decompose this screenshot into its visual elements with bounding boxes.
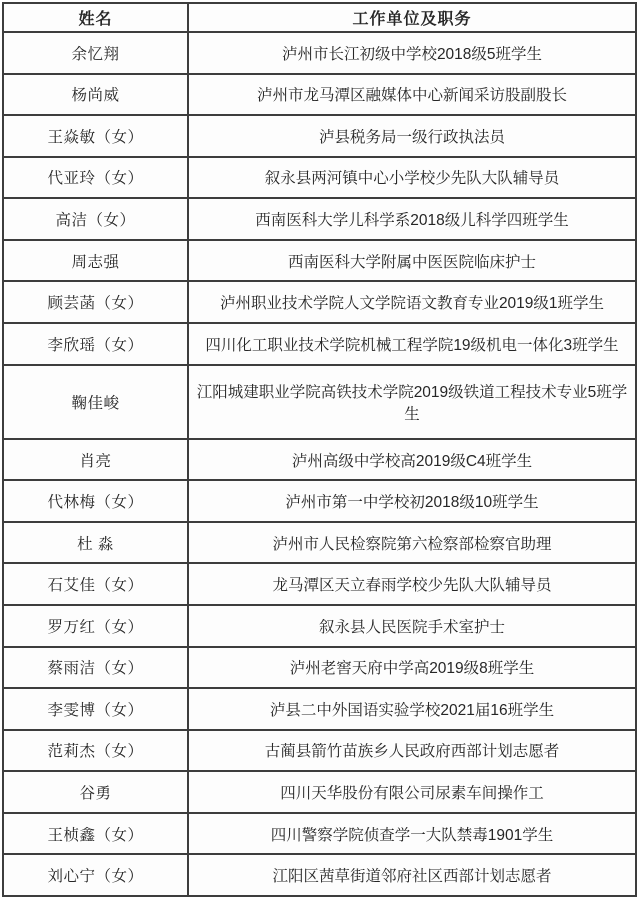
table-body: 余忆翔 泸州市长江初级中学校2018级5班学生 杨尚威 泸州市龙马潭区融媒体中心… bbox=[3, 32, 636, 896]
position-cell: 四川警察学院侦查学一大队禁毒1901学生 bbox=[188, 813, 636, 855]
name-cell: 李欣瑶（女） bbox=[3, 323, 188, 365]
header-row: 姓名 工作单位及职务 bbox=[3, 3, 636, 32]
name-cell: 杨尚威 bbox=[3, 74, 188, 116]
position-cell: 四川天华股份有限公司尿素车间操作工 bbox=[188, 771, 636, 813]
name-cell: 周志强 bbox=[3, 240, 188, 282]
name-cell: 王桢鑫（女） bbox=[3, 813, 188, 855]
table-row: 谷勇 四川天华股份有限公司尿素车间操作工 bbox=[3, 771, 636, 813]
name-cell: 代林梅（女） bbox=[3, 480, 188, 522]
position-cell: 泸州市龙马潭区融媒体中心新闻采访股副股长 bbox=[188, 74, 636, 116]
position-cell: 泸州市长江初级中学校2018级5班学生 bbox=[188, 32, 636, 74]
name-cell: 罗万红（女） bbox=[3, 605, 188, 647]
table-row: 鞠佳峻 江阳城建职业学院高铁技术学院2019级铁道工程技术专业5班学生 bbox=[3, 365, 636, 439]
table-row: 肖亮 泸州高级中学校高2019级C4班学生 bbox=[3, 439, 636, 481]
position-cell: 古蔺县箭竹苗族乡人民政府西部计划志愿者 bbox=[188, 730, 636, 772]
table-row: 李雯博（女） 泸县二中外国语实验学校2021届16班学生 bbox=[3, 688, 636, 730]
name-cell: 顾芸菡（女） bbox=[3, 281, 188, 323]
position-cell: 叙永县两河镇中心小学校少先队大队辅导员 bbox=[188, 157, 636, 199]
name-cell: 高洁（女） bbox=[3, 198, 188, 240]
table-row: 刘心宁（女） 江阳区茜草街道邻府社区西部计划志愿者 bbox=[3, 854, 636, 896]
document-page: 姓名 工作单位及职务 余忆翔 泸州市长江初级中学校2018级5班学生 杨尚威 泸… bbox=[0, 0, 640, 902]
name-cell: 石艾佳（女） bbox=[3, 563, 188, 605]
table-row: 代林梅（女） 泸州市第一中学校初2018级10班学生 bbox=[3, 480, 636, 522]
position-cell: 西南医科大学附属中医医院临床护士 bbox=[188, 240, 636, 282]
column-header-name: 姓名 bbox=[3, 3, 188, 32]
roster-table: 姓名 工作单位及职务 余忆翔 泸州市长江初级中学校2018级5班学生 杨尚威 泸… bbox=[2, 2, 637, 897]
table-row: 顾芸菡（女） 泸州职业技术学院人文学院语文教育专业2019级1班学生 bbox=[3, 281, 636, 323]
table-row: 石艾佳（女） 龙马潭区天立春雨学校少先队大队辅导员 bbox=[3, 563, 636, 605]
table-row: 杜 淼 泸州市人民检察院第六检察部检察官助理 bbox=[3, 522, 636, 564]
name-cell: 代亚玲（女） bbox=[3, 157, 188, 199]
column-header-position: 工作单位及职务 bbox=[188, 3, 636, 32]
name-cell: 肖亮 bbox=[3, 439, 188, 481]
position-cell: 龙马潭区天立春雨学校少先队大队辅导员 bbox=[188, 563, 636, 605]
name-cell: 王焱敏（女） bbox=[3, 115, 188, 157]
position-cell: 泸州职业技术学院人文学院语文教育专业2019级1班学生 bbox=[188, 281, 636, 323]
table-row: 王焱敏（女） 泸县税务局一级行政执法员 bbox=[3, 115, 636, 157]
name-cell: 蔡雨洁（女） bbox=[3, 647, 188, 689]
name-cell: 刘心宁（女） bbox=[3, 854, 188, 896]
name-cell: 余忆翔 bbox=[3, 32, 188, 74]
table-row: 王桢鑫（女） 四川警察学院侦查学一大队禁毒1901学生 bbox=[3, 813, 636, 855]
position-cell: 泸州高级中学校高2019级C4班学生 bbox=[188, 439, 636, 481]
name-cell: 鞠佳峻 bbox=[3, 365, 188, 439]
table-row: 蔡雨洁（女） 泸州老窖天府中学高2019级8班学生 bbox=[3, 647, 636, 689]
table-row: 罗万红（女） 叙永县人民医院手术室护士 bbox=[3, 605, 636, 647]
table-row: 周志强 西南医科大学附属中医医院临床护士 bbox=[3, 240, 636, 282]
name-cell: 杜 淼 bbox=[3, 522, 188, 564]
name-cell: 李雯博（女） bbox=[3, 688, 188, 730]
table-row: 范莉杰（女） 古蔺县箭竹苗族乡人民政府西部计划志愿者 bbox=[3, 730, 636, 772]
position-cell: 泸县税务局一级行政执法员 bbox=[188, 115, 636, 157]
position-cell: 泸州市人民检察院第六检察部检察官助理 bbox=[188, 522, 636, 564]
name-cell: 谷勇 bbox=[3, 771, 188, 813]
position-cell: 泸州老窖天府中学高2019级8班学生 bbox=[188, 647, 636, 689]
table-row: 高洁（女） 西南医科大学儿科学系2018级儿科学四班学生 bbox=[3, 198, 636, 240]
table-row: 李欣瑶（女） 四川化工职业技术学院机械工程学院19级机电一体化3班学生 bbox=[3, 323, 636, 365]
table-row: 余忆翔 泸州市长江初级中学校2018级5班学生 bbox=[3, 32, 636, 74]
position-cell: 西南医科大学儿科学系2018级儿科学四班学生 bbox=[188, 198, 636, 240]
position-cell: 江阳城建职业学院高铁技术学院2019级铁道工程技术专业5班学生 bbox=[188, 365, 636, 439]
position-cell: 江阳区茜草街道邻府社区西部计划志愿者 bbox=[188, 854, 636, 896]
position-cell: 泸县二中外国语实验学校2021届16班学生 bbox=[188, 688, 636, 730]
position-cell: 叙永县人民医院手术室护士 bbox=[188, 605, 636, 647]
position-cell: 泸州市第一中学校初2018级10班学生 bbox=[188, 480, 636, 522]
position-cell: 四川化工职业技术学院机械工程学院19级机电一体化3班学生 bbox=[188, 323, 636, 365]
table-row: 杨尚威 泸州市龙马潭区融媒体中心新闻采访股副股长 bbox=[3, 74, 636, 116]
table-row: 代亚玲（女） 叙永县两河镇中心小学校少先队大队辅导员 bbox=[3, 157, 636, 199]
name-cell: 范莉杰（女） bbox=[3, 730, 188, 772]
